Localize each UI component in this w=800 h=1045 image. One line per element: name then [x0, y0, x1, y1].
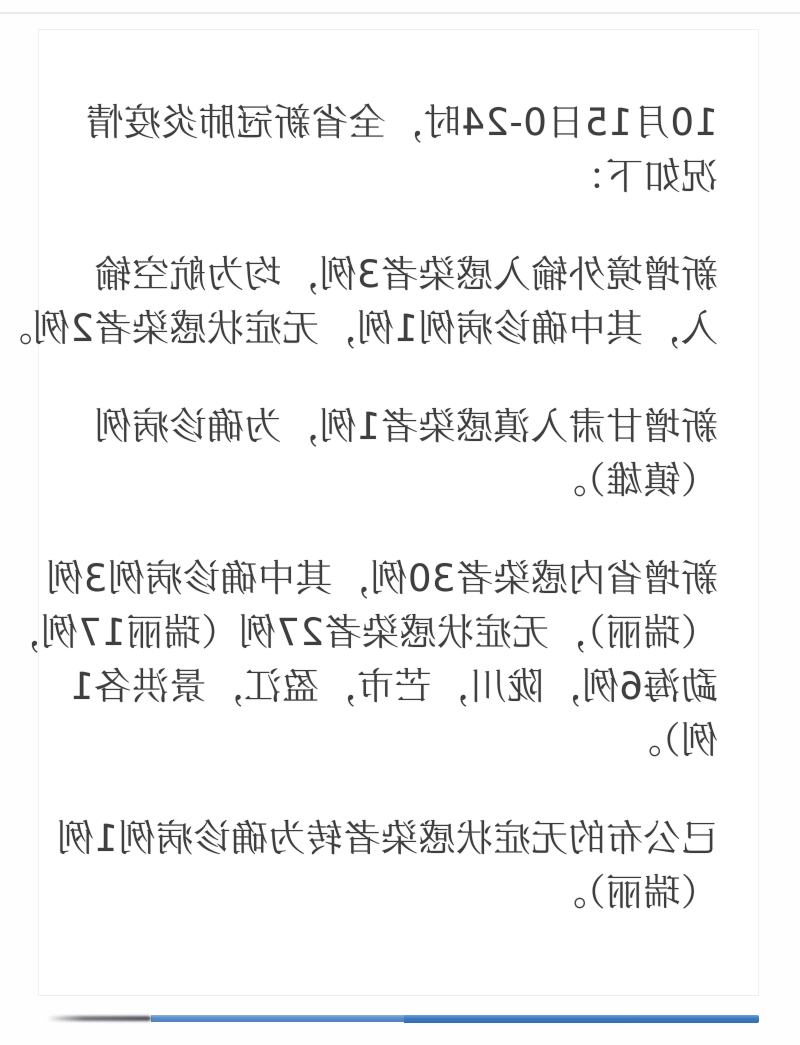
- text-line: 例）。: [77, 714, 718, 768]
- progress-bar-light-segment: [151, 1015, 404, 1022]
- text-line: 况如下：: [77, 150, 718, 204]
- article-card: 10月15日0-24时，全省新冠肺炎疫情 况如下： 新增境外输入感染者3例，均为…: [38, 29, 759, 996]
- progress-bar-dark-segment: [404, 1015, 759, 1023]
- watermark-smudge: [47, 1016, 151, 1021]
- paragraph-provincial-cases: 新增省内感染者30例，其中确诊病例3例 （瑞丽），无症状感染者27例（瑞丽17例…: [77, 552, 718, 768]
- text-line: （瑞丽）。: [77, 866, 718, 920]
- bottom-progress-bar: [47, 1014, 759, 1023]
- text-line: （镇雄）。: [77, 454, 718, 508]
- mirrored-article-content: 10月15日0-24时，全省新冠肺炎疫情 况如下： 新增境外输入感染者3例，均为…: [39, 30, 758, 995]
- screenshot-root: 10月15日0-24时，全省新冠肺炎疫情 况如下： 新增境外输入感染者3例，均为…: [0, 0, 800, 1045]
- text-line: 入，其中确诊病例1例，无症状感染者2例。: [77, 302, 718, 356]
- text-line: 新增甘肃入滇感染者1例，为确诊病例: [77, 400, 718, 454]
- top-divider-line: [0, 12, 800, 14]
- text-line: 新增省内感染者30例，其中确诊病例3例: [77, 552, 718, 606]
- text-line: 新增境外输入感染者3例，均为航空输: [77, 248, 718, 302]
- paragraph-gansu-case: 新增甘肃入滇感染者1例，为确诊病例 （镇雄）。: [77, 400, 718, 508]
- paragraph-summary-header: 10月15日0-24时，全省新冠肺炎疫情 况如下：: [77, 96, 718, 204]
- paragraph-imported-cases: 新增境外输入感染者3例，均为航空输 入，其中确诊病例1例，无症状感染者2例。: [77, 248, 718, 356]
- text-line: 10月15日0-24时，全省新冠肺炎疫情: [77, 96, 718, 150]
- paragraph-converted-case: 已公布的无症状感染者转为确诊病例1例 （瑞丽）。: [77, 812, 718, 920]
- text-line: （瑞丽），无症状感染者27例（瑞丽17例，: [77, 606, 718, 660]
- text-line: 勐海6例，陇川，芒市，盈江，景洪各1: [77, 660, 718, 714]
- text-line: 已公布的无症状感染者转为确诊病例1例: [77, 812, 718, 866]
